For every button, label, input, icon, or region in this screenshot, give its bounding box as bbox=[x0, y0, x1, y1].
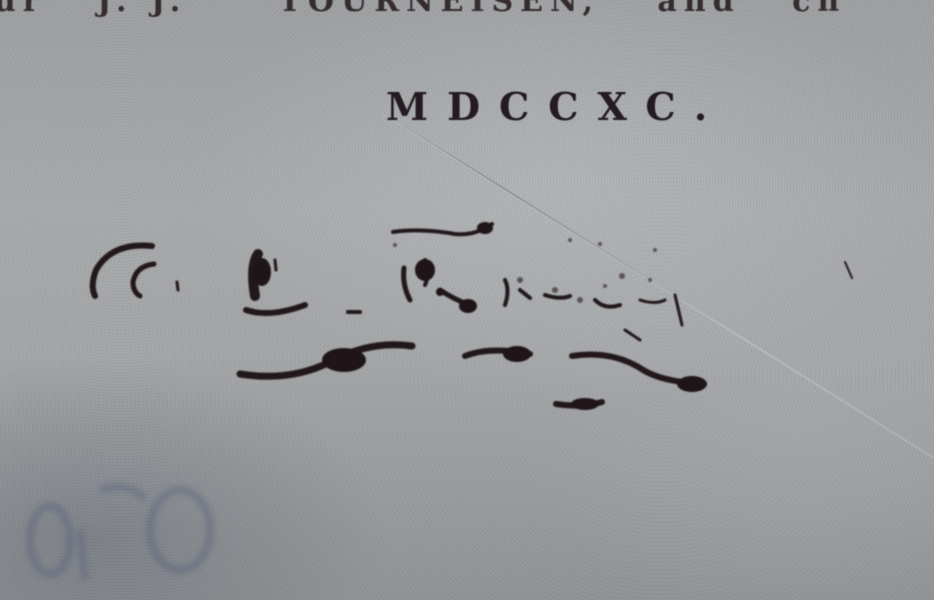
handwritten-signature bbox=[0, 0, 934, 600]
title-page: ur J. J. TOURNEISEN, and ch MDCCXC. bbox=[0, 0, 934, 600]
